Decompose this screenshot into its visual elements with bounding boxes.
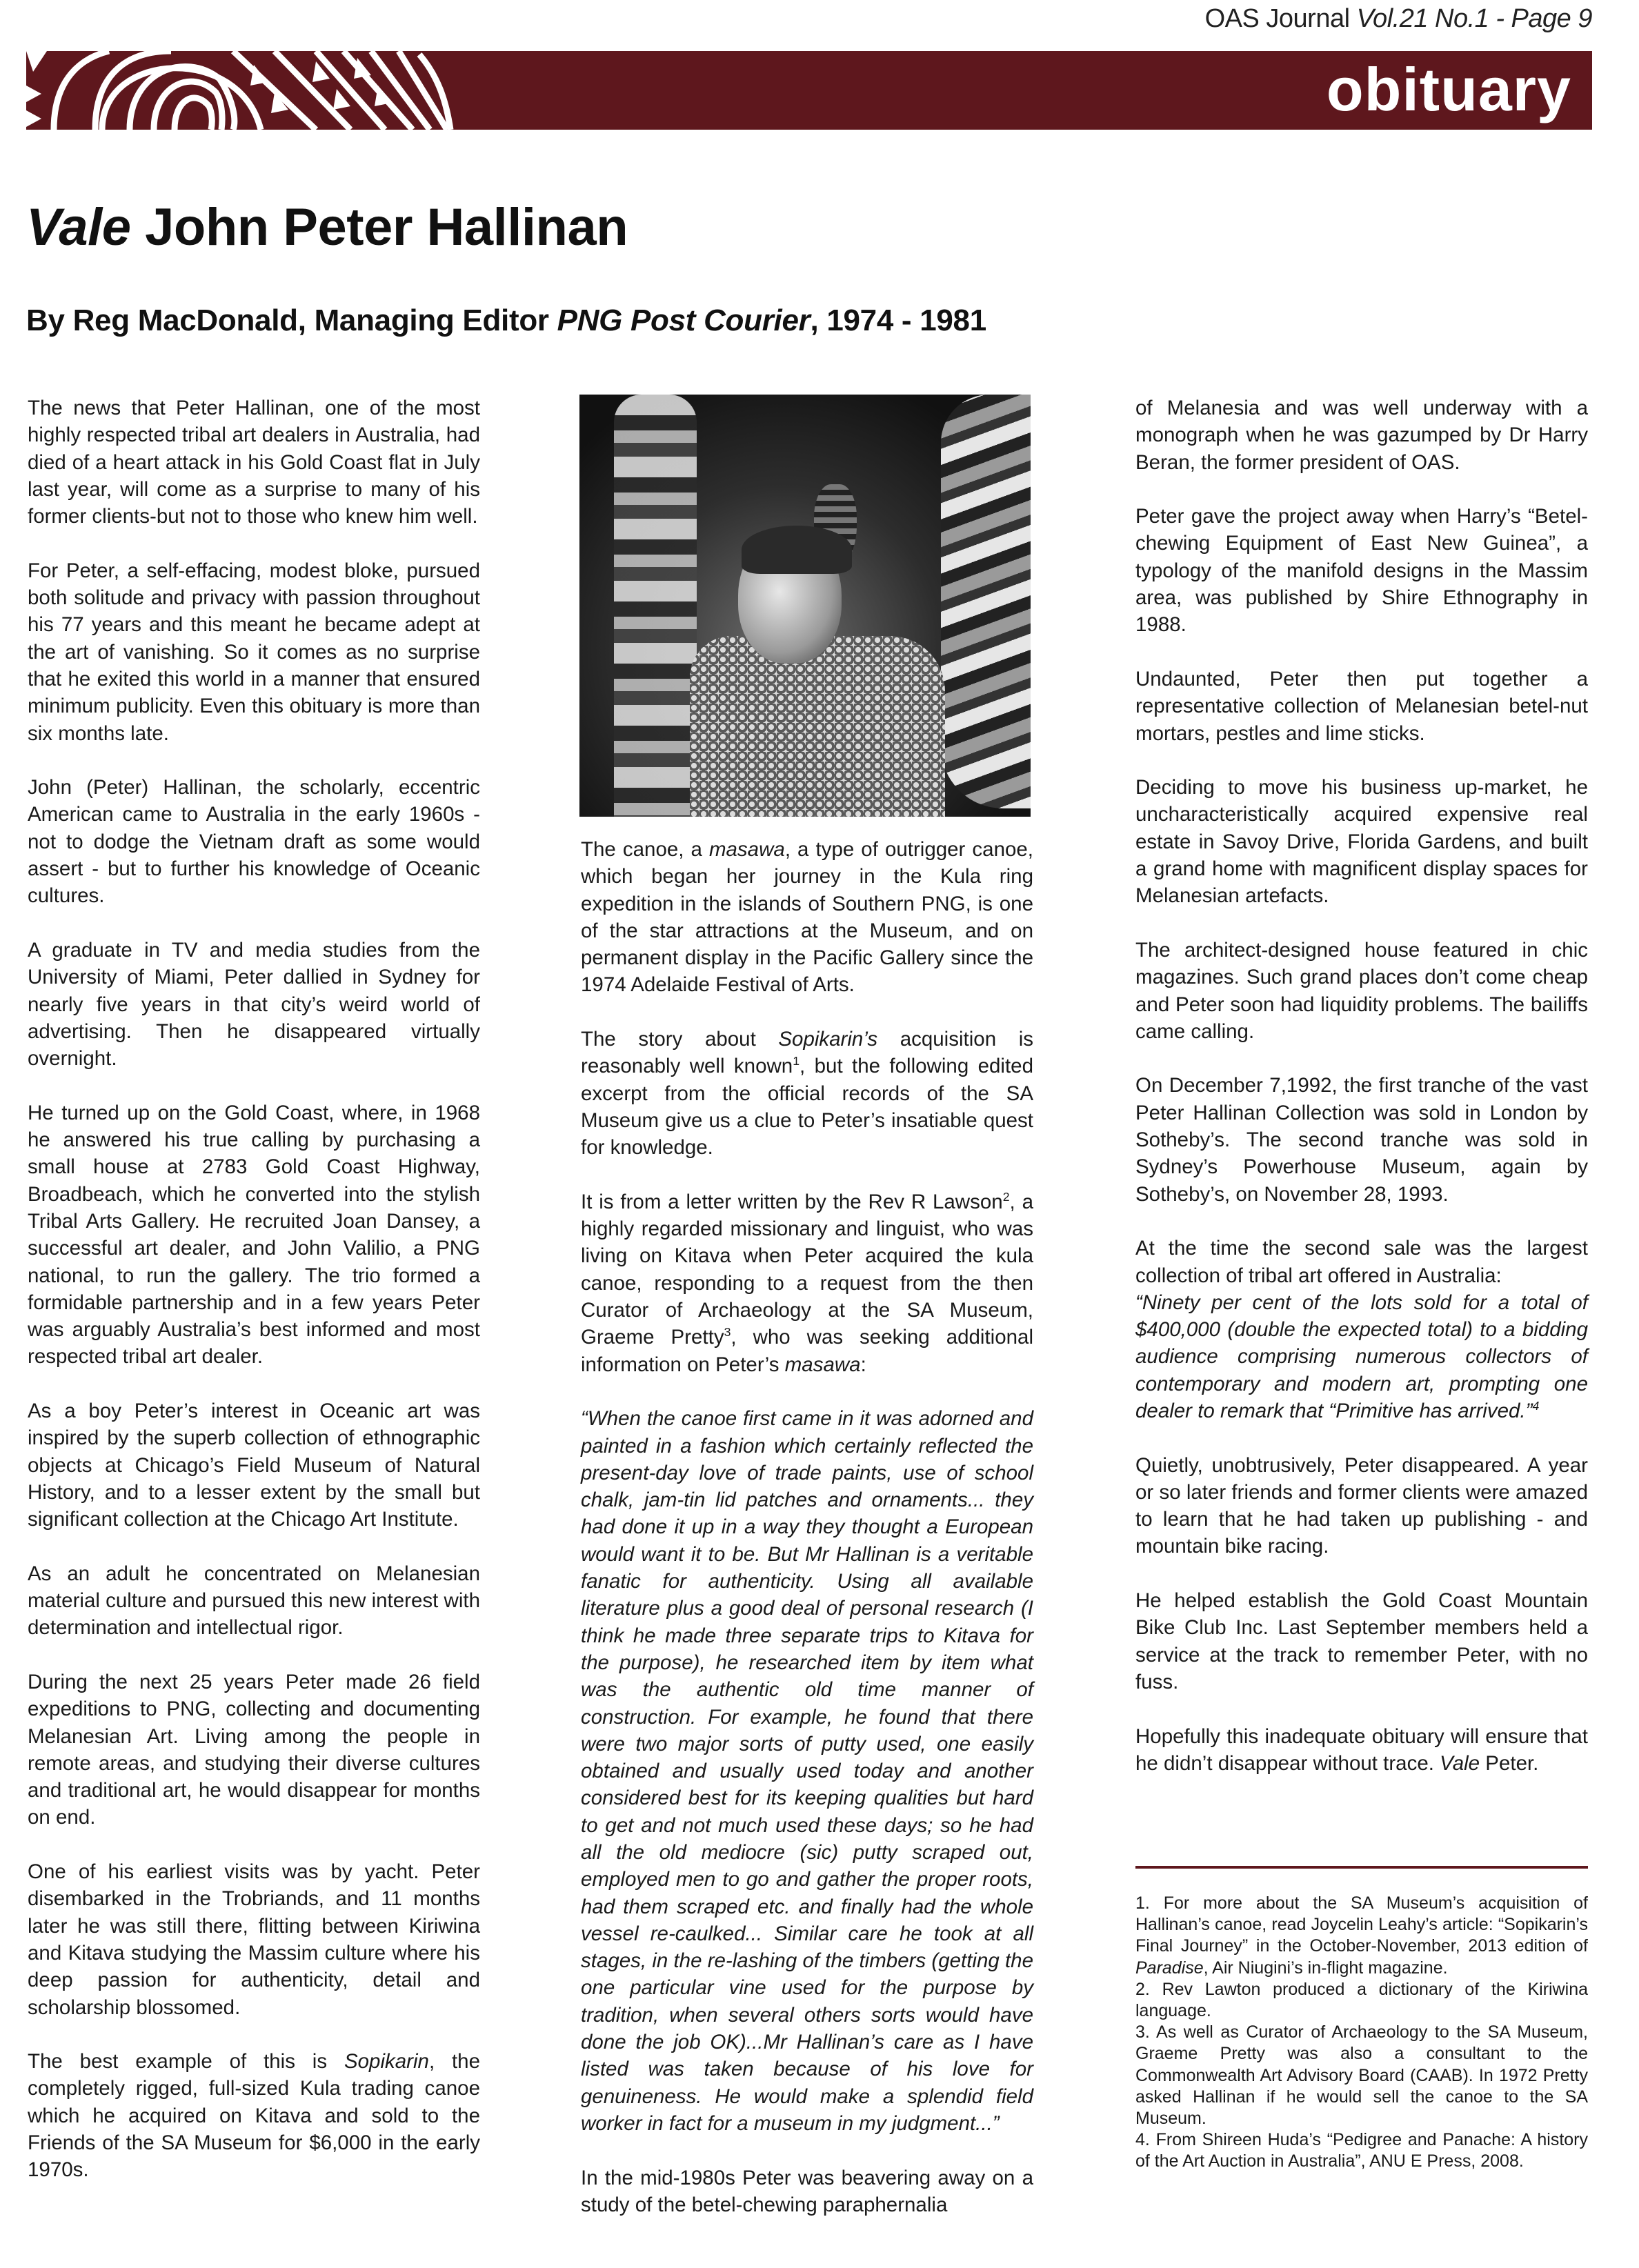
paragraph: Deciding to move his business up-market,… (1135, 774, 1588, 909)
paragraph: As an adult he concentrated on Melanesia… (28, 1560, 480, 1642)
column-1: The news that Peter Hallinan, one of the… (28, 395, 480, 2184)
paragraph: He turned up on the Gold Coast, where, i… (28, 1100, 480, 1371)
text: : (861, 1353, 866, 1376)
footnote-ref[interactable]: 1 (793, 1055, 799, 1068)
footnote-2: 2. Rev Lawton produced a dictionary of t… (1135, 1979, 1588, 2022)
column-2: The canoe, a masawa, a type of outrigger… (581, 836, 1033, 2245)
block-quote: “When the canoe first came in it was ado… (581, 1405, 1033, 2137)
footnote-4: 4. From Shireen Huda’s “Pedigree and Pan… (1135, 2129, 1588, 2172)
paragraph: A graduate in TV and media studies from … (28, 937, 480, 1072)
text: , Air Niugini’s in-flight magazine. (1204, 1958, 1448, 1978)
byline: By Reg MacDonald, Managing Editor PNG Po… (26, 304, 986, 338)
footnote-3: 3. As well as Curator of Archaeology to … (1135, 2022, 1588, 2129)
footnote-divider (1135, 1866, 1588, 1869)
portrait-photo (579, 395, 1031, 817)
running-head: OAS Journal Vol.21 No.1 - Page 9 (1205, 4, 1592, 34)
section-label: obituary (1327, 54, 1571, 126)
paragraph: Hopefully this inadequate obituary will … (1135, 1723, 1588, 1778)
byline-years: , 1974 - 1981 (810, 304, 986, 337)
text: It is from a letter written by the Rev R… (581, 1191, 1003, 1213)
footnote-ref[interactable]: 4 (1532, 1399, 1539, 1413)
title-vale: Vale (26, 198, 131, 257)
text: , a type of outrigger canoe, which began… (581, 838, 1033, 996)
paragraph: One of his earliest visits was by yacht.… (28, 1858, 480, 2021)
paragraph: John (Peter) Hallinan, the scholarly, ec… (28, 774, 480, 909)
paragraph: The canoe, a masawa, a type of outrigger… (581, 836, 1033, 999)
paragraph: Undaunted, Peter then put together a rep… (1135, 666, 1588, 747)
byline-publication: PNG Post Courier (557, 304, 811, 337)
title-name: John Peter Hallinan (131, 198, 628, 257)
footnote-1: 1. For more about the SA Museum’s acquis… (1135, 1893, 1588, 1979)
paragraph: During the next 25 years Peter made 26 f… (28, 1669, 480, 1831)
paragraph: It is from a letter written by the Rev R… (581, 1188, 1033, 1378)
quote-text: “Ninety per cent of the lots sold for a … (1135, 1291, 1588, 1422)
text: The canoe, a (581, 838, 709, 861)
paragraph: The architect-designed house featured in… (1135, 937, 1588, 1045)
tribal-pattern-icon (26, 51, 592, 130)
paragraph: The news that Peter Hallinan, one of the… (28, 395, 480, 530)
footnote-ref[interactable]: 3 (724, 1326, 731, 1340)
text: , a highly regarded missionary and lingu… (581, 1191, 1033, 1349)
hair (742, 526, 852, 574)
article-title: Vale John Peter Hallinan (26, 197, 628, 257)
paragraph: In the mid-1980s Peter was beavering awa… (581, 2165, 1033, 2219)
term: masawa (709, 838, 785, 861)
footnote-ref[interactable]: 2 (1003, 1190, 1010, 1204)
paragraph: As a boy Peter’s interest in Oceanic art… (28, 1397, 480, 1533)
byline-author: By Reg MacDonald, Managing Editor (26, 304, 557, 337)
volume-page: Vol.21 No.1 - Page 9 (1357, 4, 1592, 33)
text: The best example of this is (28, 2050, 344, 2073)
magazine-title: Paradise (1135, 1958, 1204, 1978)
paragraph: He helped establish the Gold Coast Mount… (1135, 1587, 1588, 1695)
paragraph: On December 7,1992, the first tranche of… (1135, 1072, 1588, 1207)
person-figure (683, 519, 945, 817)
canoe-name: Sopikarin (344, 2050, 429, 2073)
shirt (690, 636, 945, 817)
text: 1. For more about the SA Museum’s acquis… (1135, 1893, 1588, 1956)
paragraph: At the time the second sale was the larg… (1135, 1235, 1588, 1289)
canoe-name: Sopikarin’s (778, 1028, 877, 1051)
paragraph: Peter gave the project away when Harry’s… (1135, 503, 1588, 638)
paragraph: For Peter, a self-effacing, modest bloke… (28, 557, 480, 747)
paragraph: The best example of this is Sopikarin, t… (28, 2048, 480, 2183)
footnotes: 1. For more about the SA Museum’s acquis… (1135, 1893, 1588, 2173)
paragraph: The story about Sopikarin’s acquisition … (581, 1026, 1033, 1161)
section-banner: obituary (26, 51, 1592, 130)
text: The story about (581, 1028, 778, 1051)
column-3: of Melanesia and was well underway with … (1135, 395, 1588, 1804)
paragraph: Quietly, unobtrusively, Peter disappeare… (1135, 1452, 1588, 1560)
text-vale: Vale (1440, 1752, 1480, 1775)
block-quote: “Ninety per cent of the lots sold for a … (1135, 1289, 1588, 1424)
journal-name: OAS Journal (1205, 4, 1350, 33)
carved-shield-image (941, 395, 1031, 808)
text: Peter. (1480, 1752, 1538, 1775)
term: masawa (785, 1353, 861, 1376)
paragraph: of Melanesia and was well underway with … (1135, 395, 1588, 476)
